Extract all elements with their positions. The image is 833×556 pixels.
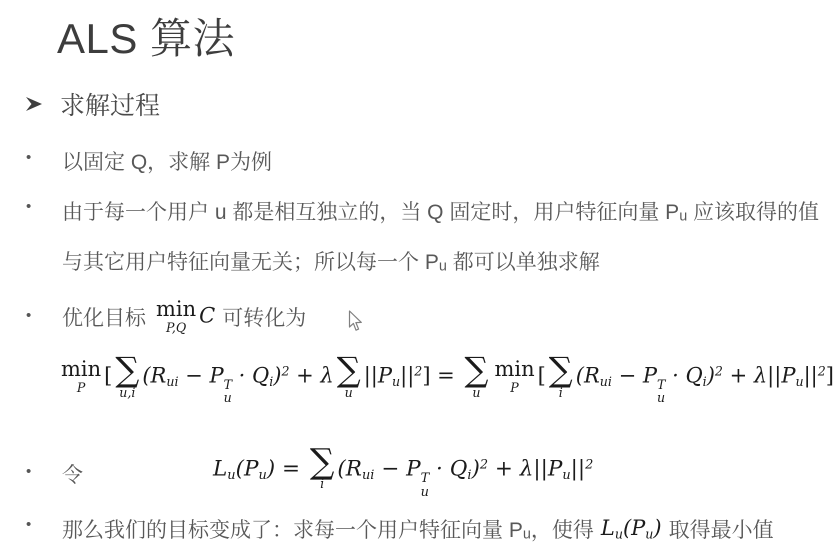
bullet-let-label: 令 <box>62 459 83 489</box>
bullet-dot-icon: • <box>26 308 31 323</box>
slide-title: ALS 算法 <box>57 6 235 66</box>
goal-suffix: 取得最小值 <box>669 514 774 544</box>
bullet-dot-icon: • <box>26 199 31 214</box>
transform-equation: minP[∑u,i(Rui − PTu · Qi)2 + λ∑u||Pu||2]… <box>58 355 833 404</box>
mouse-cursor-icon <box>348 310 363 337</box>
objective-prefix: 优化目标 <box>62 302 146 332</box>
bullet-independent-line1: 由于每一个用户 u 都是相互独立的，当 Q 固定时，用户特征向量 Pᵤ 应该取得… <box>62 196 819 226</box>
bullet-independent-line2: 与其它用户特征向量无关；所以每一个 Pᵤ 都可以单独求解 <box>62 246 600 276</box>
slide: ALS 算法 求解过程 • • • • • 以固定 Q，求解 P为例 由于每一个… <box>0 0 833 556</box>
section-heading-label: 求解过程 <box>60 86 160 122</box>
objective-formula: minP,QC <box>153 299 215 335</box>
goal-loss-formula: Lu(Pu) <box>601 516 662 542</box>
arrowhead-right-icon <box>24 94 44 114</box>
goal-prefix: 那么我们的目标变成了：求每一个用户特征向量 Pᵤ，使得 <box>62 514 594 544</box>
bullet-dot-icon: • <box>26 150 31 165</box>
bullet-dot-icon: • <box>26 517 31 532</box>
section-heading: 求解过程 <box>24 86 160 122</box>
bullet-objective: 优化目标 minP,QC 可转化为 <box>62 299 306 335</box>
loss-equation: Lu(Pu) = ∑i(Rui − PTu · Qi)2 + λ||Pu||2 <box>213 447 593 499</box>
bullet-fix-q: 以固定 Q，求解 P为例 <box>62 146 272 176</box>
objective-suffix: 可转化为 <box>222 302 306 332</box>
bullet-goal: 那么我们的目标变成了：求每一个用户特征向量 Pᵤ，使得 Lu(Pu) 取得最小值 <box>62 514 774 544</box>
bullet-dot-icon: • <box>26 464 31 479</box>
